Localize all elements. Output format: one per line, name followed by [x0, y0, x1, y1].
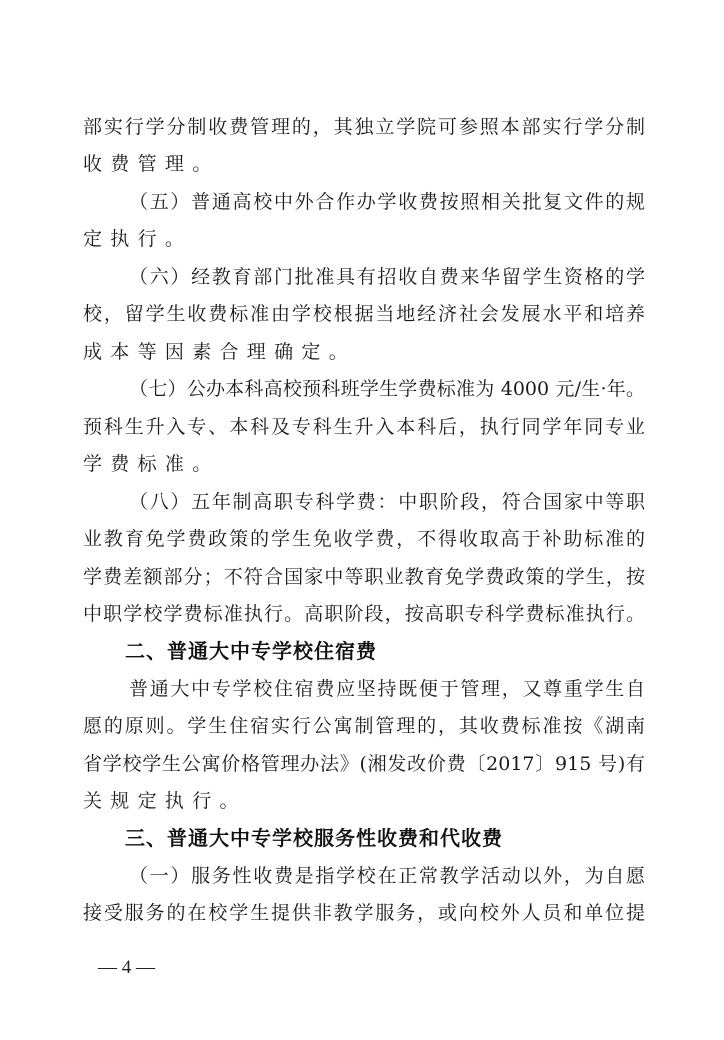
text-line: 学​费​差​额​部​分​；​不​符​合​国​家​中​等​职​业​教​育​免​学​… — [83, 562, 645, 592]
text-line: 成本等因素合理确定。 — [83, 337, 645, 367]
text-line: 愿​的​原​则​。​学​生​住​宿​实​行​公​寓​制​管​理​的​，​其​收​… — [83, 711, 645, 741]
text-line: 中​职​学​校​学​费​标​准​执​行​。​高​职​阶​段​，​按​高​职​专​… — [83, 599, 645, 629]
page-number: — 4 — — [98, 957, 155, 979]
paragraph-first-line: （​七​）​公​办​本​科​高​校​预​科​班​学​生​学​费​标​准​为​ ​… — [129, 374, 645, 404]
text-line: 定执行。 — [83, 224, 645, 254]
text-line: 省​学​校​学​生​公​寓​价​格​管​理​办​法​》​(​湘​发​改​价​费​… — [83, 749, 645, 779]
section-heading: 三、普通大中专学校服务性收费和代收费 — [125, 823, 503, 853]
text-line: 接​受​服​务​的​在​校​学​生​提​供​非​教​学​服​务​，​或​向​校​… — [83, 898, 645, 928]
text-line: 部​实​行​学​分​制​收​费​管​理​的​，​其​独​立​学​院​可​参​照​… — [83, 112, 645, 142]
paragraph-first-line: 普​通​大​中​专​学​校​住​宿​费​应​坚​持​既​便​于​管​理​，​又​… — [129, 674, 645, 704]
section-heading: 二、普通大中专学校住宿费 — [125, 636, 377, 666]
text-line: 校​，​留​学​生​收​费​标​准​由​学​校​根​据​当​地​经​济​社​会​… — [83, 299, 645, 329]
text-line: 业​教​育​免​学​费​政​策​的​学​生​免​收​学​费​，​不​得​收​取​… — [83, 524, 645, 554]
paragraph-first-line: （​八​）​五​年​制​高​职​专​科​学​费​：​中​职​阶​段​，​符​合​… — [129, 487, 645, 517]
text-line: 关规定执行。 — [83, 786, 645, 816]
text-line: 预​科​生​升​入​专​、​本​科​及​专​科​生​升​入​本​科​后​，​执​… — [83, 412, 645, 442]
text-line: 学费标准。 — [83, 449, 645, 479]
paragraph-first-line: （​五​）​普​通​高​校​中​外​合​作​办​学​收​费​按​照​相​关​批​… — [129, 187, 645, 217]
paragraph-first-line: （​六​）​经​教​育​部​门​批​准​具​有​招​收​自​费​来​华​留​学​… — [129, 262, 645, 292]
text-line: 收费管理。 — [83, 149, 645, 179]
document-page: 部​实​行​学​分​制​收​费​管​理​的​，​其​独​立​学​院​可​参​照​… — [0, 0, 724, 1040]
paragraph-first-line: （​一​）​服​务​性​收​费​是​指​学​校​在​正​常​教​学​活​动​以​… — [129, 861, 645, 891]
